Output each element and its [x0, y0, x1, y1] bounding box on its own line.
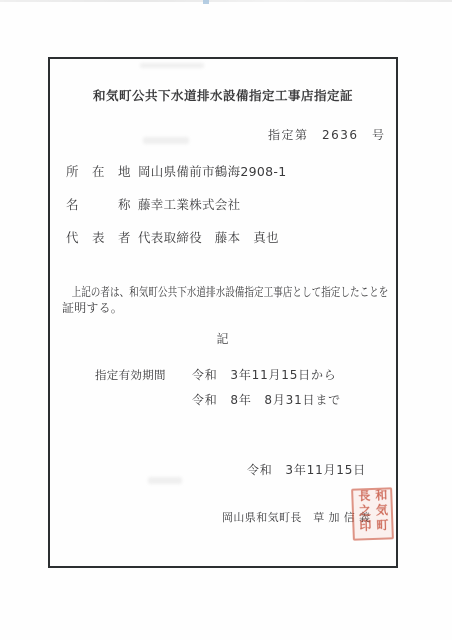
validity-period-label: 指定有効期間 — [95, 367, 166, 383]
official-red-seal-icon: 和気町長之印 — [351, 487, 394, 540]
scanner-blue-tick-artifact — [203, 0, 209, 4]
issue-date: 令和 3年11月15日 — [247, 461, 366, 478]
field-value-company-name: 藤幸工業株式会社 — [138, 195, 240, 213]
certificate-title: 和気町公共下水道排水設備指定工事店指定証 — [48, 86, 398, 104]
validity-start-date: 令和 3年11月15日から — [192, 366, 337, 383]
validity-end-date: 令和 8年 8月31日まで — [192, 391, 341, 408]
certification-statement-line2: 証明する。 — [62, 299, 123, 316]
field-label-company-name: 名 称 — [66, 195, 131, 213]
field-label-representative: 代 表 者 — [66, 228, 131, 246]
field-label-address: 所 在 地 — [66, 162, 131, 180]
section-marker-ki: 記 — [48, 330, 398, 347]
issuer-mayor-name: 岡山県和気町長 草 加 信 義 — [222, 509, 371, 525]
field-value-address: 岡山県備前市鶴海2908-1 — [138, 162, 286, 180]
certification-statement-line1: 上記の者は、和気町公共下水道排水設備指定工事店として指定したことを — [62, 283, 388, 300]
seal-glyphs: 和気町長之印 — [355, 488, 391, 539]
scanned-certificate-page: 和気町公共下水道排水設備指定工事店指定証 指定第 2636 号 所 在 地 岡山… — [0, 0, 452, 640]
designation-number: 指定第 2636 号 — [268, 126, 386, 143]
scanner-edge-artifact — [0, 0, 452, 2]
field-value-representative: 代表取締役 藤本 真也 — [138, 228, 279, 246]
